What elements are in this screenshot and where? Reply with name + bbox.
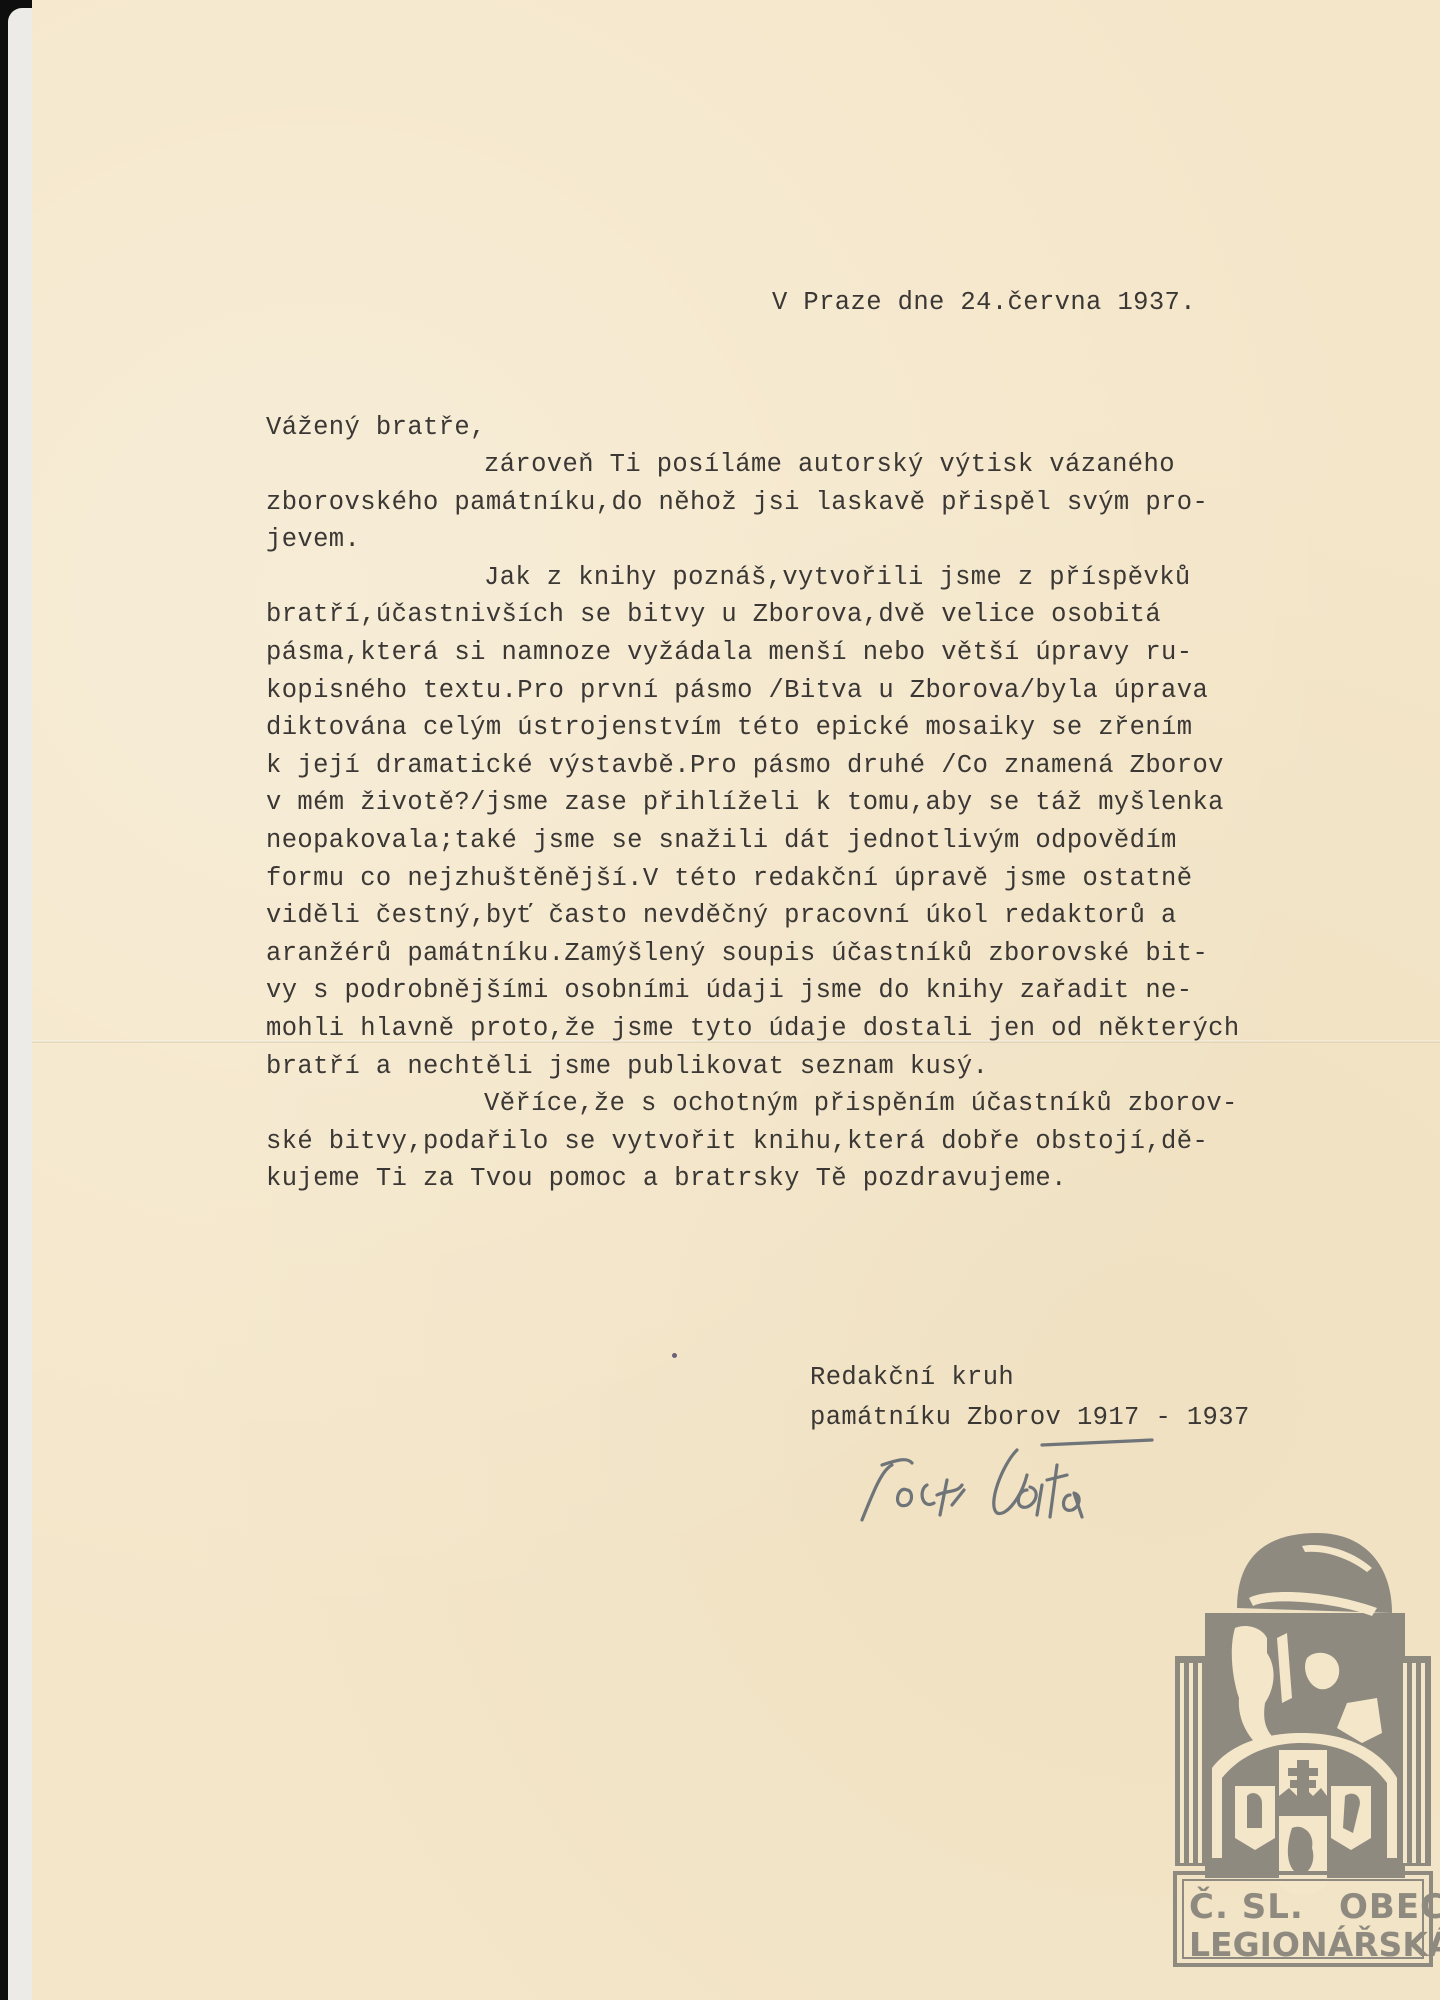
handwritten-signature bbox=[852, 1435, 1182, 1530]
letter-body-line: neopakovala;také jsme se snažili dát jed… bbox=[266, 828, 1177, 854]
letter-body-line: v mém životě?/jsme zase přihlíželi k tom… bbox=[266, 790, 1224, 816]
letter-body-line: Jak z knihy poznáš,vytvořili jsme z přís… bbox=[484, 565, 1191, 591]
legionnaire-stamp-logo: Č. SL. OBEC LEGIONÁŘSKÁ bbox=[1167, 1528, 1439, 1968]
letter-body-line: kopisného textu.Pro první pásmo /Bitva u… bbox=[266, 678, 1208, 704]
letter-body-line: mohli hlavně proto,že jsme tyto údaje do… bbox=[266, 1016, 1240, 1042]
letter-body-line: ské bitvy,podařilo se vytvořit knihu,kte… bbox=[266, 1129, 1208, 1155]
letter-body-line: kujeme Ti za Tvou pomoc a bratrsky Tě po… bbox=[266, 1166, 1067, 1192]
ink-speck bbox=[672, 1353, 677, 1358]
date-line: V Praze dne 24.června 1937. bbox=[772, 290, 1196, 316]
letter-body-line: jevem. bbox=[266, 527, 360, 553]
letter-body-line: Věříce,že s ochotným přispěním účastníků… bbox=[484, 1091, 1238, 1117]
stamp-text-obec: OBEC bbox=[1339, 1890, 1440, 1924]
stamp-text-legionarska: LEGIONÁŘSKÁ bbox=[1189, 1928, 1440, 1961]
letter-body-line: bratří,účastnivších se bitvy u Zborova,d… bbox=[266, 602, 1161, 628]
closing-line-2: památníku Zborov 1917 - 1937 bbox=[810, 1405, 1250, 1431]
stamp-text-csl: Č. SL. bbox=[1189, 1890, 1304, 1924]
salutation: Vážený bratře, bbox=[266, 415, 486, 441]
letter-body-line: pásma,která si namnoze vyžádala menší ne… bbox=[266, 640, 1192, 666]
letter-body-line: formu co nejzhuštěnější.V této redakční … bbox=[266, 866, 1192, 892]
letter-body-line: bratří a nechtěli jsme publikovat seznam… bbox=[266, 1054, 988, 1080]
letter-body-line: vy s podrobnějšími osobními údaji jsme d… bbox=[266, 978, 1192, 1004]
letter-body-line: zároveň Ti posíláme autorský výtisk váza… bbox=[484, 452, 1175, 478]
letter-body-line: aranžérů památníku.Zamýšlený soupis účas… bbox=[266, 941, 1208, 967]
letter-body-line: viděli čestný,byť často nevděčný pracovn… bbox=[266, 903, 1177, 929]
letter-page: V Praze dne 24.června 1937. Vážený bratř… bbox=[32, 0, 1440, 2000]
letter-body-line: diktována celým ústrojenstvím této epick… bbox=[266, 715, 1192, 741]
letter-body-line: zborovského památníku,do něhož jsi laska… bbox=[266, 490, 1208, 516]
closing-line-1: Redakční kruh bbox=[810, 1365, 1014, 1391]
letter-body-line: k její dramatické výstavbě.Pro pásmo dru… bbox=[266, 753, 1224, 779]
